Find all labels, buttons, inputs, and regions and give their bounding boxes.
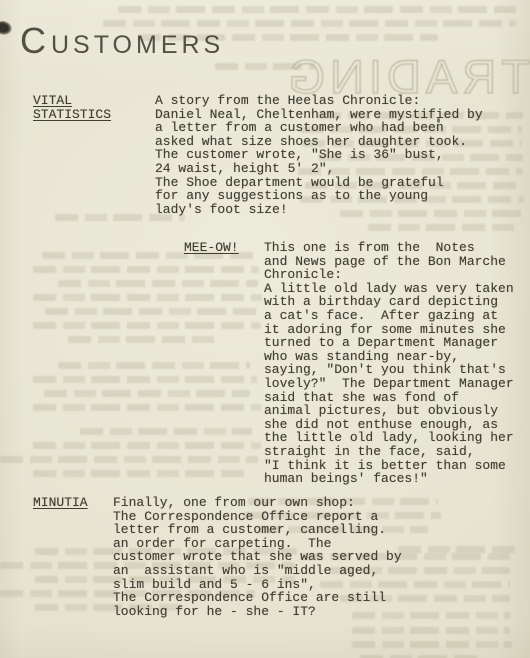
bleedthrough-text-smudge [58,280,258,287]
section-label-line: STATISTICS [33,108,111,122]
bleedthrough-text-smudge [33,442,261,449]
bleedthrough-text-smudge [45,308,259,315]
body-text-line: A little old lady was very taken [264,282,514,296]
body-text-line: The Correspondence Office are still [113,591,402,605]
body-text-line: "I think it is better than some [264,459,514,473]
body-text-line: This one is from the Notes [264,241,514,255]
body-text-line: The Correspondence Office report a [113,510,402,524]
body-text-line: turned to a Department Manager [264,336,514,350]
body-text-line: straight in the face, said, [264,445,514,459]
section-body-mee-ow: This one is from the Notesand News page … [264,241,514,486]
section-label-line: MINUTIA [33,496,88,510]
bleedthrough-text-smudge [58,362,250,369]
body-text-line: an order for carpeting. The [113,537,402,551]
section-label-line: VITAL [33,94,111,108]
body-text-line: asked what size shoes her daughter took. [155,135,483,149]
body-text-line: a cat's face. After gazing at [264,309,514,323]
bleedthrough-text-smudge [368,224,520,231]
page-title: CUSTOMERS [20,20,224,62]
body-text-line: lady's foot size! [155,203,483,217]
body-text-line: looking for he - she - IT? [113,605,402,619]
body-text-line: slim build and 5 - 6 ins", [113,578,402,592]
body-text-line: letter from a customer, cancelling. [113,523,402,537]
body-text-line: human beings' faces!" [264,472,514,486]
bleedthrough-text-smudge [118,6,516,13]
bleedthrough-text-smudge [44,390,250,397]
bleedthrough-text-smudge [33,470,245,477]
bleedthrough-text-smudge [33,404,261,411]
body-text-line: said that she was fond of [264,391,514,405]
body-text-line: animal pictures, but obviously [264,404,514,418]
body-text-line: customer wrote that she was served by [113,550,402,564]
body-text-line: saying, "Don't you think that's [264,363,514,377]
body-text-line: an assistant who is "middle aged, [113,564,402,578]
section-body-minutia: Finally, one from our own shop:The Corre… [113,496,402,618]
bleedthrough-text-smudge [33,266,259,273]
body-text-line: for any suggestions as to the young [155,189,483,203]
bleedthrough-text-smudge [352,627,510,634]
bleedthrough-text-smudge [33,294,262,301]
section-body-vital-statistics: A story from the Heelas Chronicle:Daniel… [155,94,483,216]
body-text-line: the little old lady, looking her [264,431,514,445]
body-text-line: and News page of the Bon Marche [264,255,514,269]
bleedthrough-text-smudge [68,336,220,343]
body-text-line: A story from the Heelas Chronicle: [155,94,483,108]
bleedthrough-text-smudge [352,641,512,648]
body-text-line: 24 waist, height 5' 2", [155,162,483,176]
body-text-line: Chronicle: [264,268,514,282]
body-text-line: The customer wrote, "She is 36" bust, [155,148,483,162]
body-text-line: The Shoe department would be grateful [155,176,483,190]
ink-blot-left-edge [0,19,13,36]
body-text-line: Finally, one from our own shop: [113,496,402,510]
bleedthrough-text-smudge [215,63,315,70]
bleedthrough-text-smudge [33,376,257,383]
bleedthrough-text-smudge [0,456,258,463]
bleedthrough-text-smudge [80,428,252,435]
section-label-minutia: MINUTIA [33,496,88,510]
section-label-line: MEE-OW! [184,241,239,255]
bleedthrough-text-smudge [398,546,518,553]
body-text-line: who was standing near-by, [264,350,514,364]
section-label-mee-ow: MEE-OW! [184,241,239,255]
body-text-line: lovely?" The Department Manager [264,377,514,391]
body-text-line: it adoring for some minutes she [264,323,514,337]
bleedthrough-text-smudge [33,322,261,329]
body-text-line: Daniel Neal, Cheltenham, were mystified … [155,108,483,122]
body-text-line: with a birthday card depicting [264,295,514,309]
body-text-line: she did not enthuse enough, as [264,418,514,432]
scanned-document-page: TRADING CUSTOMERS VITALSTATISTICS A stor… [0,0,530,658]
body-text-line: a letter from a customer who had been [155,121,483,135]
section-label-vital-statistics: VITALSTATISTICS [33,94,111,121]
